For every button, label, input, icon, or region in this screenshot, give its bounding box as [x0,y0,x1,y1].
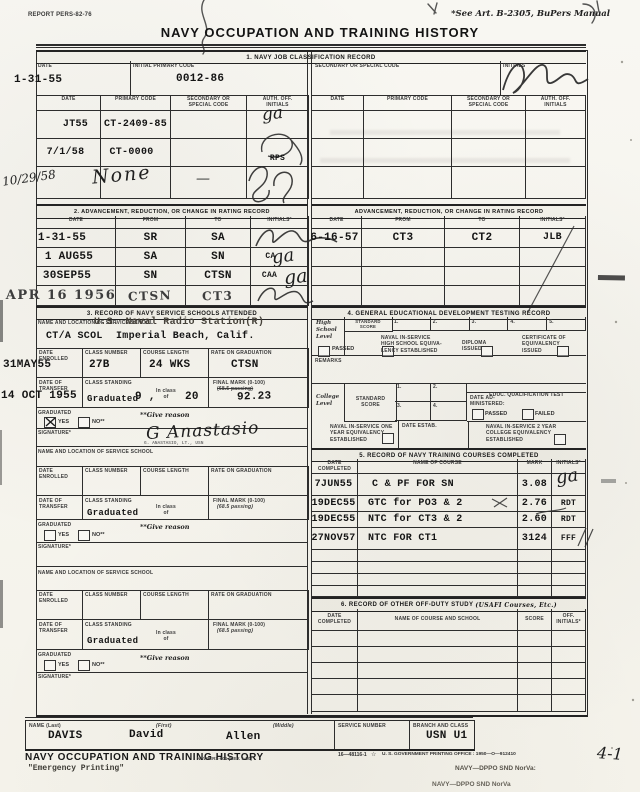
cell [358,647,518,663]
name-strip: NAME (Last) (First) (Middle) SERVICE NUM… [25,720,475,751]
cell [358,586,518,597]
cell [552,574,586,586]
footer-form-number: NAVPERS-601 (REV. 1-50) [197,756,252,761]
s2-left-table: DATE FROM TO INITIALS* 1-31-55 SR SA 1 A… [36,216,309,306]
cell: DATE ENROLLED [37,590,83,620]
hs-score-cells: 1. 2. 3. 4. 5. [392,317,586,331]
cell [358,631,518,647]
s6-table: DATE COMPLETED NAME OF COURSE AND SCHOOL… [312,609,586,712]
school1-name-box: NAME AND LOCATION OF SERVICE SCHOOL U.S.… [36,317,308,349]
school1-name-line1: U.S. Naval Radio Station(R) [94,318,264,328]
cell: 7/1/58 [37,139,101,167]
cell [552,679,586,695]
footer-dppo-2: NAVY—DPPO SND NorVa [432,781,511,788]
hs-level-label: High School Level [316,320,337,341]
cell: COURSE LENGTH [141,466,209,496]
handwritten-page-number: 4-1 [596,745,623,763]
cell: RATE ON GRADUATION [209,590,309,620]
cell: COURSE LENGTH [141,590,209,620]
cell [362,286,445,306]
cell [520,267,586,286]
cell: CTSN [186,267,251,286]
cell: SR [116,229,186,248]
cell [445,248,520,267]
cell: 2. [431,383,467,402]
one-year-label: NAVAL IN-SERVICE ONE YEAR EQUIVALENCY ES… [330,424,393,443]
cell: NTC FOR CT1 [358,528,518,550]
s5-table: DATE COMPLETED NAME OF COURSE MARK INITI… [312,459,586,597]
footer-dppo-1: NAVY—DPPO SND NorVa: [455,765,536,772]
school3-graduated-row: GRADUATED YES NO** **Give reason [36,650,308,673]
name-middle-value: Allen [226,732,261,743]
give-reason-note: **Give reason [140,523,190,531]
s1-initials-box: INITIALS [500,61,586,96]
cell: 1. [395,383,431,402]
cell [358,574,518,586]
signature-handwritten: G Anastasio [146,420,260,443]
cell: 3.08 [518,474,552,496]
cell: SA [186,229,251,248]
footer-emergency-printing: "Emergency Printing" [28,764,124,773]
hs-equiv-label: NAVAL IN-SERVICE HIGH SCHOOL EQUIVA- LEN… [381,335,442,354]
cell: 7JUN55 [312,474,358,496]
cell: DATE OF TRANSFER [37,620,83,650]
cell [452,167,526,199]
school3-enrolled-row: DATE ENROLLED CLASS NUMBER COURSE LENGTH… [36,590,309,620]
cell [358,679,518,695]
two-year-label: NAVAL IN-SERVICE 2 YEAR COLLEGE EQUIVALE… [486,424,556,443]
s2-right-table: DATE FROM TO INITIALS* 6-16-57 CT3 CT2 J… [312,216,586,306]
school2-transfer-row: DATE OF TRANSFER CLASS STANDING Graduate… [36,496,309,520]
col-header: SCORE [518,609,552,631]
name-last-label: NAME (Last) [29,723,61,729]
col-header: SECONDARY OR SPECIAL CODE [452,95,526,111]
school3-name-box: NAME AND LOCATION OF SERVICE SCHOOL [36,566,308,591]
cell: FINAL MARK (0-100) (68.5 passing) 92.23 [209,378,309,408]
divider [334,721,335,749]
educ-test-box: EDUC. QUALIFICATION TEST DATE AD- MINIST… [467,383,586,422]
cell [247,167,309,199]
title-rule-1 [36,44,586,46]
school2-signature-row: SIGNATURE* [36,542,308,567]
no-checkbox [78,530,90,541]
cell [518,695,552,712]
cell [358,562,518,574]
cell [552,586,586,597]
school3-signature-row: SIGNATURE* [36,672,308,714]
s1-initial-primary-value: 0012-86 [176,74,224,85]
cell [312,631,358,647]
branch-class-value: USN U1 [426,731,467,742]
cell [518,663,552,679]
school2-graduated-row: GRADUATED YES NO** **Give reason [36,520,308,543]
cell: CT3 [362,229,445,248]
cell: CLASS NUMBER 27B [83,348,141,378]
name-middle-label: (Middle) [273,723,294,729]
cell [445,286,520,306]
cell: 3124 [518,528,552,550]
col-header: MARK [518,459,552,474]
handwritten-initials: ga [283,267,308,288]
yes-checkbox [44,530,56,541]
service-number-label: SERVICE NUMBER [338,723,386,729]
college-level-label: College Level [316,394,339,408]
col-header: DATE COMPLETED [312,459,358,474]
cell: DATE ENROLLED [37,466,83,496]
see-art-note: *See Art. B-2305, BuPers Manual [410,9,610,19]
school1-transfer-row: DATE OF TRANSFER 14 OCT 1955 CLASS STAND… [36,378,309,408]
cell [312,248,362,267]
cell: RATE ON GRADUATION [209,466,309,496]
cell: CLASS NUMBER [83,590,141,620]
cell: 19DEC55 [312,512,358,528]
cell [312,574,358,586]
cell: 3. [470,317,509,331]
cell [312,167,364,199]
cell: 27NOV57 [312,528,358,550]
col-header: NAME OF COURSE [358,459,518,474]
divider [409,721,410,749]
cell [312,695,358,712]
cell: JT55 [37,111,101,139]
cell [518,679,552,695]
cell [358,550,518,562]
s1-date-value: 1-31-55 [14,75,62,86]
cell [552,647,586,663]
report-number: REPORT PERS-82-76 [28,12,92,20]
form-title: NAVY OCCUPATION AND TRAINING HISTORY [0,25,640,40]
cell: 19DEC55 [312,496,358,512]
cell [312,647,358,663]
diploma-label: DIPLOMA ISSUED [462,340,486,353]
cell [312,679,358,695]
school2-name-box: NAME AND LOCATION OF SERVICE SCHOOL [36,446,308,467]
cell: DATE OF TRANSFER 14 OCT 1955 [37,378,83,408]
school1-enrolled-row: DATE ENROLLED 31MAY55 CLASS NUMBER 27B C… [36,348,309,378]
cell: CLASS STANDING Graduated 9 , In class of… [83,378,209,408]
cell [445,267,520,286]
give-reason-note: **Give reason [140,411,190,419]
educ-failed-checkbox [522,409,534,420]
passed-checkbox [318,346,330,357]
cell: FFF [552,528,586,550]
scanned-form-page: REPORT PERS-82-76 *See Art. B-2305, BuPe… [0,0,640,792]
cell [312,550,358,562]
no-checkbox [78,660,90,671]
cell [364,167,452,199]
col-header: DATE [37,216,116,229]
cell: DATE OF TRANSFER [37,496,83,520]
college-score-cells: 1. 2. 3. 4. [395,383,467,421]
passed-label: PASSED [332,346,354,352]
col-header: DATE [37,95,101,111]
cell: NTC for CT3 & 2 [358,512,518,528]
cell [362,267,445,286]
cell [526,167,586,199]
cell: CT3 [186,286,251,306]
remarks-label: REMARKS [315,358,342,364]
give-reason-note: **Give reason [140,654,190,662]
cell [552,550,586,562]
cell [312,586,358,597]
cell [251,229,309,248]
col-header: INITIALS* [251,216,309,229]
handwritten-initials: ga [555,467,580,488]
cell [312,663,358,679]
educ-test-header: EDUC. QUALIFICATION TEST [467,383,586,393]
cell: 6-16-57 [312,229,362,248]
cell [518,647,552,663]
school1-signature-row: SIGNATURE* G Anastasio G. ANASTASIO, LT.… [36,428,308,447]
name-last-value: DAVIS [48,731,83,742]
col-header: AUTH. OFF. INITIALS [526,95,586,111]
educ-passed-checkbox [472,409,484,420]
cell: 1 AUG55 [37,248,116,267]
col-header: FROM [362,216,445,229]
s1-right-table: DATE PRIMARY CODE SECONDARY OR SPECIAL C… [312,95,586,199]
cell: CTSN [116,286,186,306]
col-header: TO [186,216,251,229]
col-header: FROM [116,216,186,229]
cell: 2. [431,317,470,331]
cell [520,248,586,267]
cell: 4. [431,402,467,421]
cell: COURSE LENGTH 24 WKS [141,348,209,378]
cell: 3. [395,402,431,421]
cell [552,631,586,647]
cell [520,286,586,306]
cell: GTC for PO3 & 2 [358,496,518,512]
s1-initial-primary-label: INITIAL PRIMARY CODE [133,63,194,69]
col-header: SECONDARY OR SPECIAL CODE [171,95,247,111]
school1-name-line2b: Imperial Beach, Calif. [116,332,255,342]
cell: SA [116,248,186,267]
cell: 1. [392,317,431,331]
cell [362,248,445,267]
cell [171,111,247,139]
s1-secondary-box: SECONDARY OR SPECIAL CODE [312,61,501,96]
cell: JLB [520,229,586,248]
star-icon: ☆ [371,751,376,758]
branch-class-label: BRANCH AND CLASS [413,723,468,729]
yes-checkbox [44,417,56,428]
s1-initial-primary-box: INITIAL PRIMARY CODE 0012-86 [130,61,308,96]
date-estab-box: DATE ESTAB. [398,421,469,448]
cell [358,663,518,679]
col-header: INITIALS* [520,216,586,229]
cell: CLASS STANDING Graduated In class of [83,620,209,650]
footer-gpo: U. S. GOVERNMENT PRINTING OFFICE : 1950—… [382,752,516,757]
cell: 4. [508,317,547,331]
cell: CT-2409-85 [101,111,171,139]
handwritten-initials: ga [271,247,296,268]
cell: RDT [552,512,586,528]
cell [518,586,552,597]
cell [358,695,518,712]
cell: RATE ON GRADUATION CTSN [209,348,309,378]
cell [312,562,358,574]
col-header: TO [445,216,520,229]
cell: C & PF FOR SN [358,474,518,496]
scan-noise [320,158,570,163]
cell [552,562,586,574]
no-checkbox [78,417,90,428]
cell: 2.60 [518,512,552,528]
cell [552,663,586,679]
cell [312,267,362,286]
handwritten-initials: ga [261,105,284,124]
footer-print-code: 16—48116-1 [338,752,367,758]
cell: FINAL MARK (0-100) (68.5 passing) [209,620,309,650]
name-first-value: David [129,730,164,741]
handwritten-dash: — [196,172,210,186]
cell [518,562,552,574]
col-header: DATE [312,95,364,111]
col-header: DATE [312,216,362,229]
cell: CT2 [445,229,520,248]
cell: 5. [547,317,586,331]
s1-initials-label: INITIALS [503,63,525,69]
name-strip-top-rule [25,717,473,718]
cell [518,574,552,586]
school1-name-line2a: CT/A SCOL [46,332,103,342]
cell [518,550,552,562]
title-rule-2 [36,47,586,48]
scan-noise [330,130,560,135]
s1-date-box: DATE 1-31-55 [36,61,131,96]
s1-secondary-label: SECONDARY OR SPECIAL CODE [315,63,399,69]
school2-enrolled-row: DATE ENROLLED CLASS NUMBER COURSE LENGTH… [36,466,309,496]
cell: APR 16 1956 [37,286,116,306]
college-standard-score-box: STANDARD SCORE [344,383,397,422]
cell: 2.76 [518,496,552,512]
col-header: DATE COMPLETED [312,609,358,631]
s4-hline [312,355,586,356]
cell: FINAL MARK (0-100) (68.5 passing) [209,496,309,520]
col-header: NAME OF COURSE AND SCHOOL [358,609,518,631]
cell [518,631,552,647]
cell: SN [116,267,186,286]
section6-title-italic: (USAFI Courses, Etc.) [475,602,557,609]
col-header: PRIMARY CODE [101,95,171,111]
school3-transfer-row: DATE OF TRANSFER CLASS STANDING Graduate… [36,620,309,650]
col-header: PRIMARY CODE [364,95,452,111]
handwritten-code: None [91,163,152,187]
cell: 1-31-55 [37,229,116,248]
yes-checkbox [44,660,56,671]
date-administered-label: DATE AD- MINISTERED: [470,395,505,408]
cell: RPS [247,139,309,167]
cell: 30SEP55 [37,267,116,286]
s1-date-label: DATE [38,63,52,69]
cell [552,695,586,712]
cell [312,286,362,306]
cell [171,139,247,167]
cell: SN [186,248,251,267]
cell: DATE ENROLLED 31MAY55 [37,348,83,378]
cell: CLASS NUMBER [83,466,141,496]
hs-standard-score-box: STANDARD SCORE [344,317,393,332]
cell: RDT [552,496,586,512]
certificate-label: CERTIFICATE OF EQUIVALENCY ISSUED [522,335,566,354]
col-header: OFF. INITIALS* [552,609,586,631]
cell [251,286,309,306]
cell: CLASS STANDING Graduated In class of [83,496,209,520]
